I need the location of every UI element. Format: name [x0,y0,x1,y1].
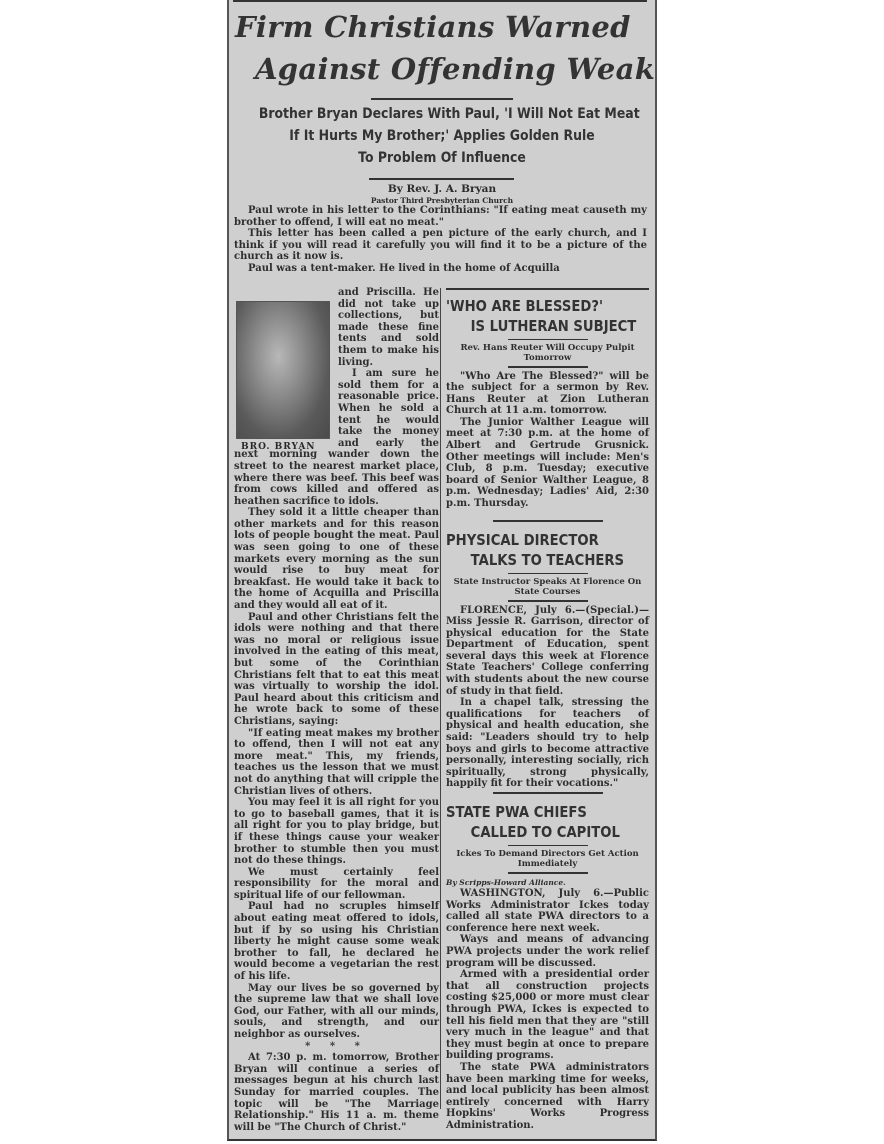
subhead-rule [508,339,588,341]
wire-credit: By Scripps-Howard Alliance. [446,877,649,889]
subhead-rule [508,573,588,575]
article-headline: PHYSICAL DIRECTOR TALKS TO TEACHERS [446,530,625,570]
article-subhead: State Instructor Speaks At Florence On S… [446,577,649,597]
deck-line-1: Brother Bryan Declares With Paul, 'I Wil… [259,103,625,125]
subhead-rule [508,600,588,602]
byline-title: Pastor Third Presbyterian Church [229,196,655,205]
headline-line-2: Against Offending Weak [255,52,655,86]
body-paragraph: Paul and other Christians felt the idols… [234,612,439,728]
intro-paragraph: This letter has been called a pen pictur… [234,228,647,263]
closing-paragraph: At 7:30 p. m. tomorrow, Brother Bryan wi… [234,1052,439,1133]
intro-paragraph: Paul wrote in his letter to the Corinthi… [234,205,647,228]
body-paragraph: They sold it a little cheaper than other… [234,507,439,611]
body-paragraph: WASHINGTON, July 6.—Public Works Adminis… [446,888,649,934]
sidebar-article-pwa: STATE PWA CHIEFS CALLED TO CAPITOL Ickes… [446,792,649,1132]
sidebar-article-lutheran: 'WHO ARE BLESSED?' IS LUTHERAN SUBJECT R… [446,288,649,510]
body-paragraph: The Junior Walther League will meet at 7… [446,417,649,510]
deck-rule [369,178,514,180]
article-rule [446,288,649,290]
deck-line-2: If It Hurts My Brother;' Applies Golden … [259,125,625,147]
headline-line: PHYSICAL DIRECTOR [446,530,625,550]
headline-rule [371,98,513,100]
article-rule [493,520,603,522]
body-paragraph: We must certainly feel responsibility fo… [234,867,439,902]
column-divider [440,288,441,1109]
intro-paragraph: Paul was a tent-maker. He lived in the h… [234,263,647,275]
sidebar-article-physical-director: PHYSICAL DIRECTOR TALKS TO TEACHERS Stat… [446,520,649,790]
body-paragraph: "If eating meat makes my brother to offe… [234,728,439,798]
body-paragraph: You may feel it is all right for you to … [234,797,439,867]
section-separator: * * * [234,1041,439,1053]
subhead-rule [508,872,588,874]
headline-line: TALKS TO TEACHERS [446,550,625,570]
body-paragraph: In a chapel talk, stressing the qualific… [446,697,649,790]
body-paragraph: "Who Are The Blessed?" will be the subje… [446,371,649,417]
headline-line: STATE PWA CHIEFS [446,802,625,822]
body-paragraph: Armed with a presidential order that all… [446,969,649,1062]
body-paragraph: Ways and means of advancing PWA projects… [446,934,649,969]
headline-line: 'WHO ARE BLESSED?' [446,296,625,316]
body-paragraph: The state PWA administrators have been m… [446,1062,649,1132]
article-intro: Paul wrote in his letter to the Corinthi… [234,205,647,275]
photo-caption: BRO. BRYAN [241,442,316,452]
headline-line-1: Firm Christians Warned [235,10,655,44]
headline-line: IS LUTHERAN SUBJECT [446,316,625,336]
subhead-rule [508,845,588,847]
deck-line-3: To Problem Of Influence [259,147,625,169]
newspaper-clipping: Firm Christians Warned Against Offending… [227,0,657,1141]
headline-line: CALLED TO CAPITOL [446,822,625,842]
article-rule [493,792,603,794]
main-article-column: and Priscilla. He did not take up collec… [234,287,439,1133]
subhead-rule [508,366,588,368]
body-paragraph: May our lives be so governed by the supr… [234,983,439,1041]
article-subhead: Rev. Hans Reuter Will Occupy Pulpit Tomo… [446,343,649,363]
body-paragraph: Paul had no scruples himself about eatin… [234,901,439,982]
article-subhead: Ickes To Demand Directors Get Action Imm… [446,849,649,869]
article-headline: 'WHO ARE BLESSED?' IS LUTHERAN SUBJECT [446,296,625,336]
byline-author: By Rev. J. A. Bryan [229,183,655,195]
body-paragraph: FLORENCE, July 6.—(Special.)—Miss Jessie… [446,605,649,698]
portrait-photo [236,301,330,439]
top-rule [233,0,647,2]
article-headline: STATE PWA CHIEFS CALLED TO CAPITOL [446,802,625,842]
